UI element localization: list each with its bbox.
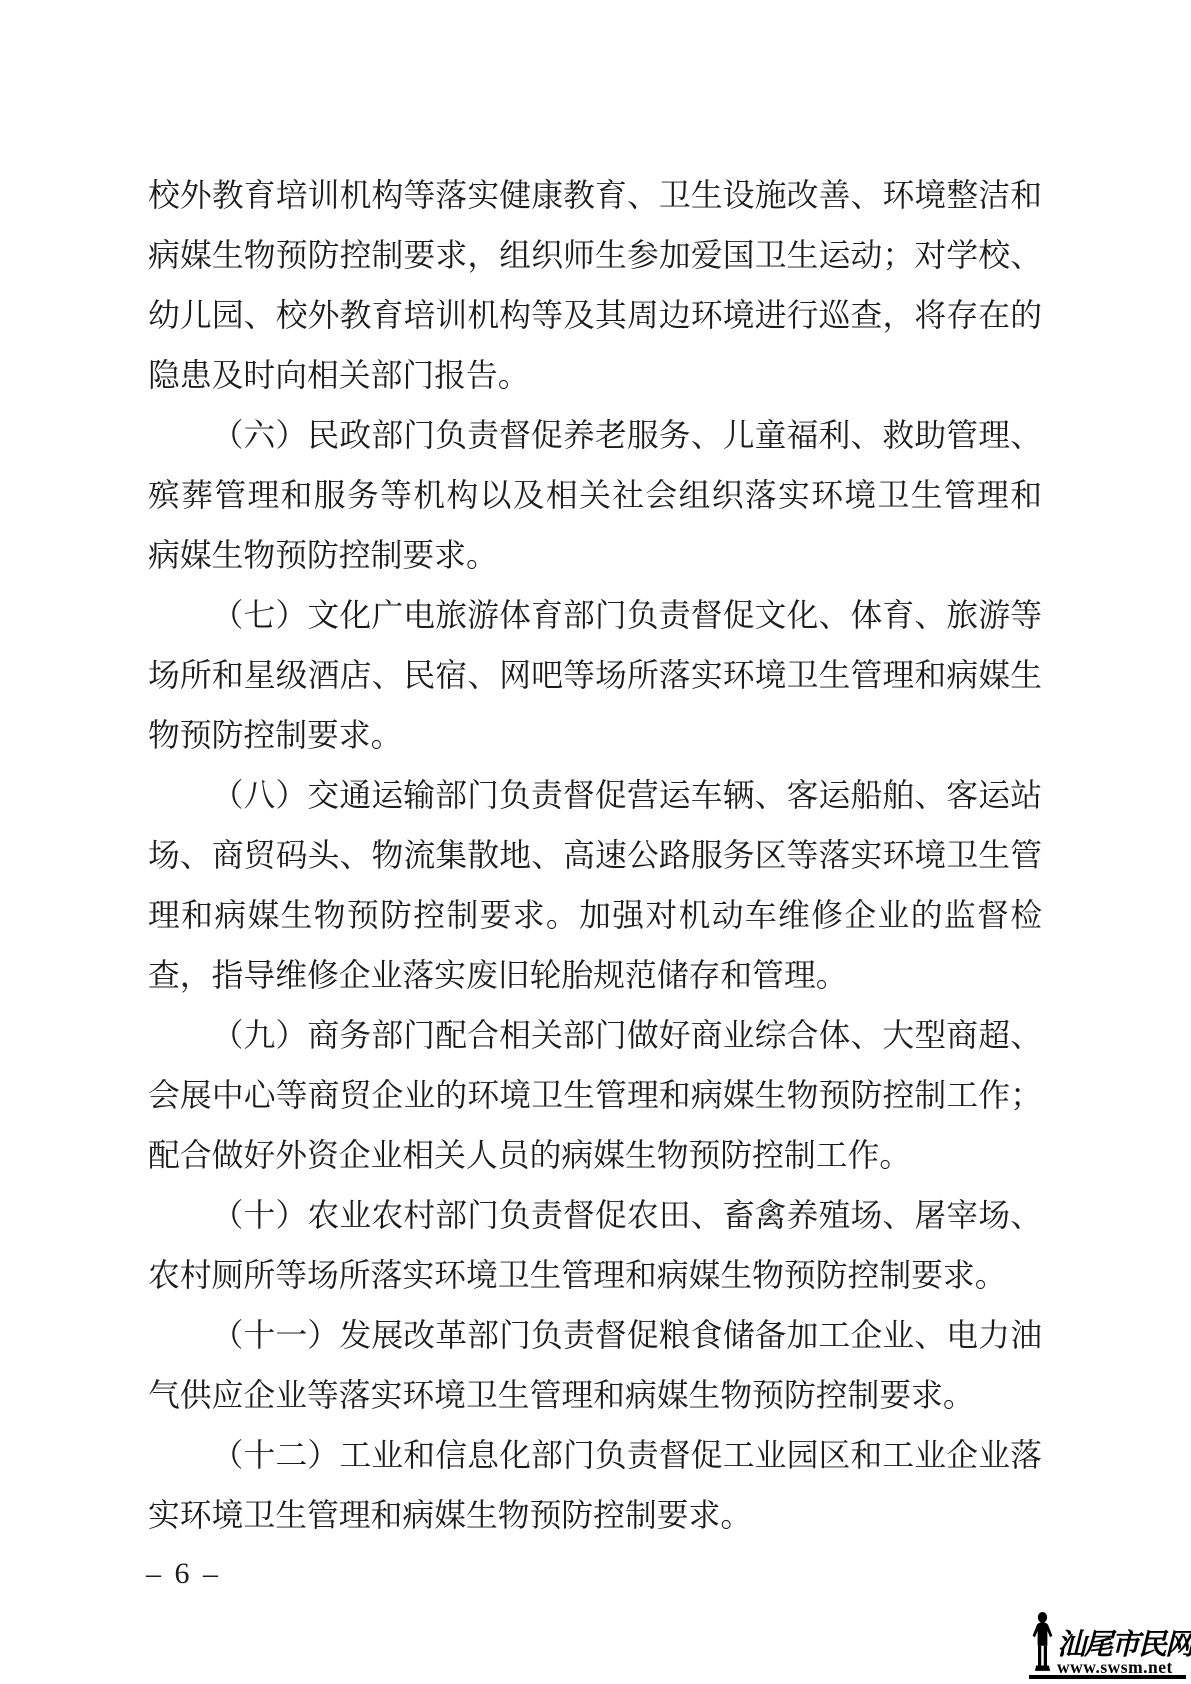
paragraph: （七）文化广电旅游体育部门负责督促文化、体育、旅游等场所和星级酒店、民宿、网吧等… bbox=[148, 586, 1042, 766]
watermark-site-name: 汕尾市民网 bbox=[1057, 1630, 1191, 1659]
text-line: 配合做好外资企业相关人员的病媒生物预防控制工作。 bbox=[148, 1126, 1042, 1186]
watermark-site-url: www.swsm.net bbox=[1057, 1659, 1191, 1675]
text-line: （七）文化广电旅游体育部门负责督促文化、体育、旅游等 bbox=[148, 586, 1042, 646]
text-line: 殡葬管理和服务等机构以及相关社会组织落实环境卫生管理和 bbox=[148, 466, 1042, 526]
document-body: 校外教育培训机构等落实健康教育、卫生设施改善、环境整洁和病媒生物预防控制要求，组… bbox=[148, 166, 1042, 1546]
paragraph: （十一）发展改革部门负责督促粮食储备加工企业、电力油气供应企业等落实环境卫生管理… bbox=[148, 1306, 1042, 1426]
paragraph: （六）民政部门负责督促养老服务、儿童福利、救助管理、殡葬管理和服务等机构以及相关… bbox=[148, 406, 1042, 586]
text-line: 校外教育培训机构等落实健康教育、卫生设施改善、环境整洁和 bbox=[148, 166, 1042, 226]
text-line: 查，指导维修企业落实废旧轮胎规范储存和管理。 bbox=[148, 946, 1042, 1006]
text-line: 病媒生物预防控制要求。 bbox=[148, 526, 1042, 586]
text-line: （十二）工业和信息化部门负责督促工业园区和工业企业落 bbox=[148, 1426, 1042, 1486]
text-line: 场所和星级酒店、民宿、网吧等场所落实环境卫生管理和病媒生 bbox=[148, 646, 1042, 706]
text-line: 病媒生物预防控制要求，组织师生参加爱国卫生运动；对学校、 bbox=[148, 226, 1042, 286]
paragraph: （九）商务部门配合相关部门做好商业综合体、大型商超、会展中心等商贸企业的环境卫生… bbox=[148, 1006, 1042, 1186]
person-silhouette-icon bbox=[1029, 1611, 1056, 1675]
paragraph: （十二）工业和信息化部门负责督促工业园区和工业企业落实环境卫生管理和病媒生物预防… bbox=[148, 1426, 1042, 1546]
document-page: 校外教育培训机构等落实健康教育、卫生设施改善、环境整洁和病媒生物预防控制要求，组… bbox=[0, 0, 1191, 1684]
text-line: （九）商务部门配合相关部门做好商业综合体、大型商超、 bbox=[148, 1006, 1042, 1066]
text-line: （十）农业农村部门负责督促农田、畜禽养殖场、屠宰场、 bbox=[148, 1186, 1042, 1246]
paragraph: （十）农业农村部门负责督促农田、畜禽养殖场、屠宰场、农村厕所等场所落实环境卫生管… bbox=[148, 1186, 1042, 1306]
paragraph: 校外教育培训机构等落实健康教育、卫生设施改善、环境整洁和病媒生物预防控制要求，组… bbox=[148, 166, 1042, 406]
text-line: （十一）发展改革部门负责督促粮食储备加工企业、电力油 bbox=[148, 1306, 1042, 1366]
text-line: （六）民政部门负责督促养老服务、儿童福利、救助管理、 bbox=[148, 406, 1042, 466]
text-line: 幼儿园、校外教育培训机构等及其周边环境进行巡查，将存在的 bbox=[148, 286, 1042, 346]
page-number: – 6 – bbox=[146, 1556, 221, 1592]
text-line: 场、商贸码头、物流集散地、高速公路服务区等落实环境卫生管 bbox=[148, 826, 1042, 886]
text-line: 会展中心等商贸企业的环境卫生管理和病媒生物预防控制工作； bbox=[148, 1066, 1042, 1126]
text-line: 实环境卫生管理和病媒生物预防控制要求。 bbox=[148, 1486, 1042, 1546]
text-line: 农村厕所等场所落实环境卫生管理和病媒生物预防控制要求。 bbox=[148, 1246, 1042, 1306]
text-line: 理和病媒生物预防控制要求。加强对机动车维修企业的监督检 bbox=[148, 886, 1042, 946]
watermark-text-block: 汕尾市民网 www.swsm.net bbox=[1057, 1630, 1191, 1675]
text-line: （八）交通运输部门负责督促营运车辆、客运船舶、客运站 bbox=[148, 766, 1042, 826]
text-line: 气供应企业等落实环境卫生管理和病媒生物预防控制要求。 bbox=[148, 1366, 1042, 1426]
paragraph: （八）交通运输部门负责督促营运车辆、客运船舶、客运站场、商贸码头、物流集散地、高… bbox=[148, 766, 1042, 1006]
text-line: 物预防控制要求。 bbox=[148, 706, 1042, 766]
site-watermark: 汕尾市民网 www.swsm.net bbox=[1029, 1606, 1186, 1679]
text-line: 隐患及时向相关部门报告。 bbox=[148, 346, 1042, 406]
